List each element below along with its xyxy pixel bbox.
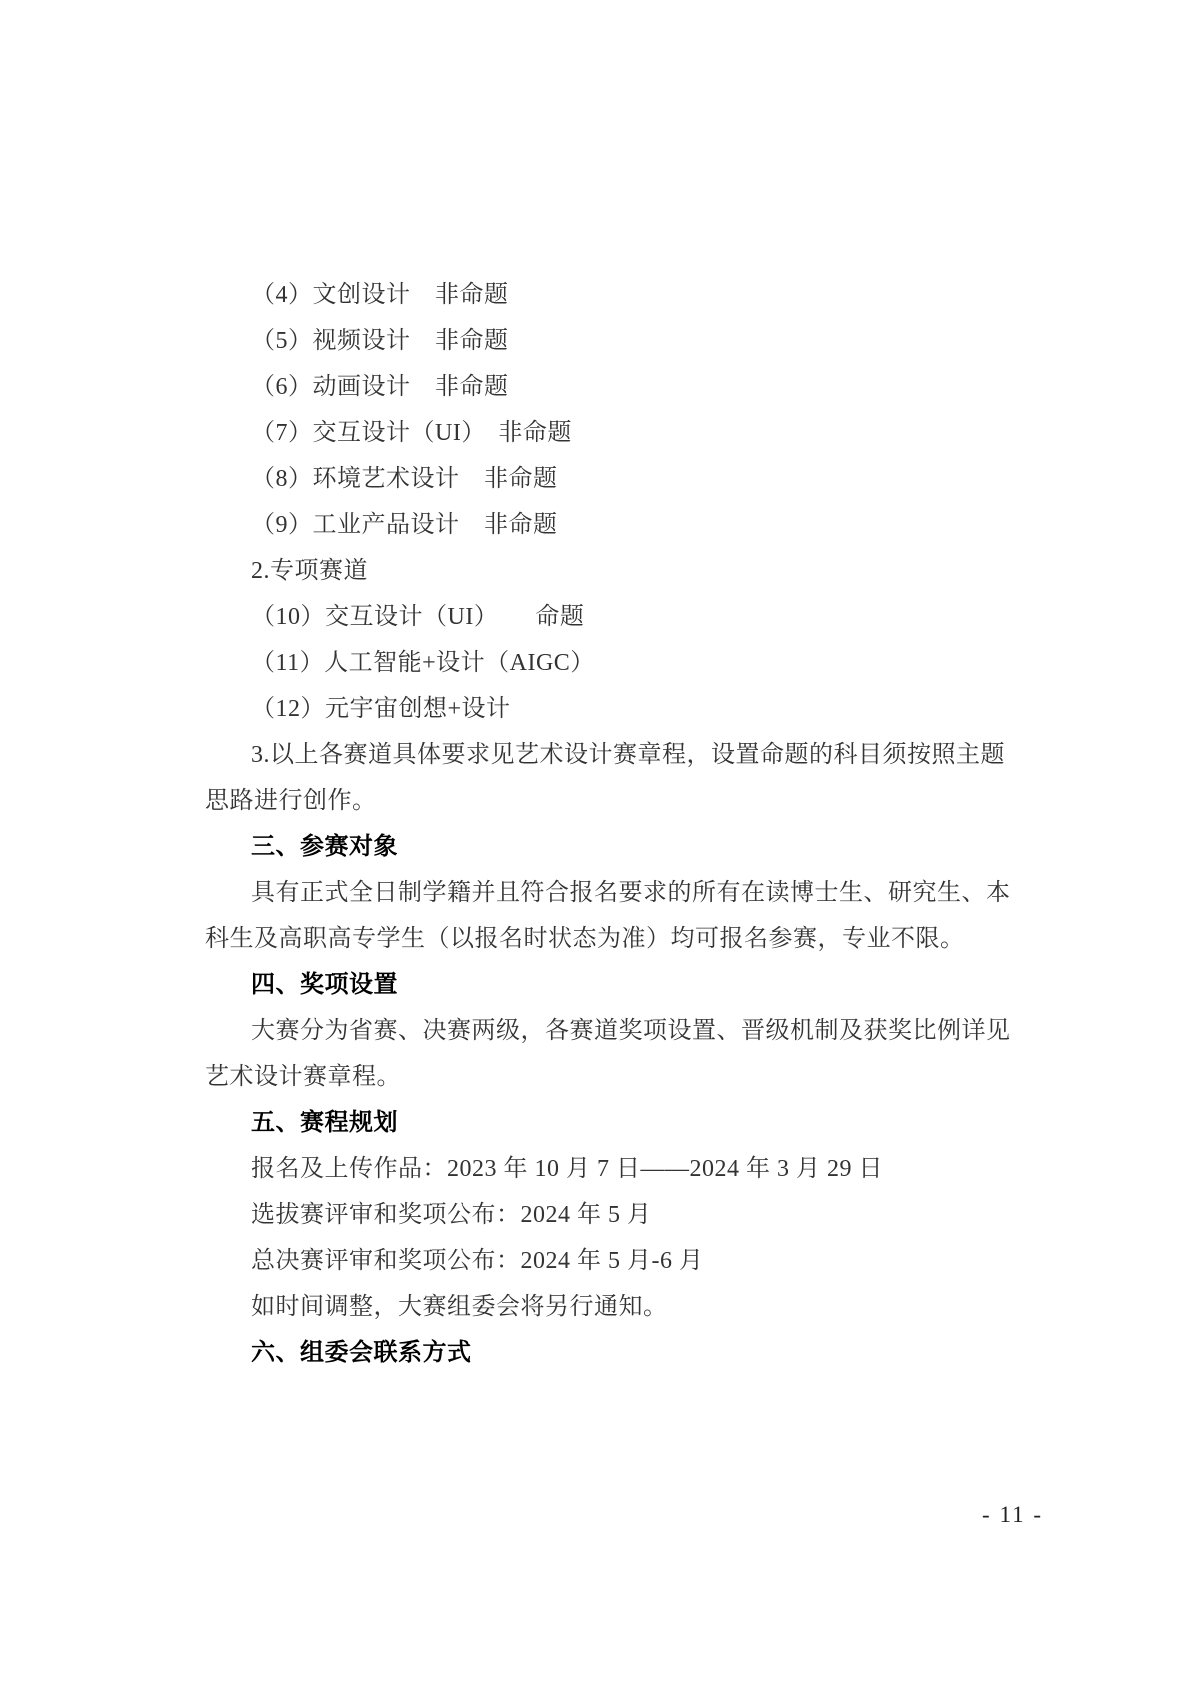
- schedule-change-notice: 如时间调整，大赛组委会将另行通知。: [205, 1284, 1005, 1330]
- page-number: - 11 -: [982, 1502, 1043, 1528]
- list-item-track-4: （4）文创设计 非命题: [205, 272, 1005, 318]
- paragraph-eligibility-1: 具有正式全日制学籍并且符合报名要求的所有在读博士生、研究生、本: [205, 870, 1005, 916]
- section-heading-6: 六、组委会联系方式: [205, 1330, 1005, 1376]
- list-item-track-11: （11）人工智能+设计（AIGC）: [205, 640, 1005, 686]
- section-heading-4: 四、奖项设置: [205, 962, 1005, 1008]
- list-item-track-10: （10）交互设计（UI） 命题: [205, 594, 1005, 640]
- schedule-selection-round: 选拔赛评审和奖项公布：2024 年 5 月: [205, 1192, 1005, 1238]
- list-item-track-5: （5）视频设计 非命题: [205, 318, 1005, 364]
- schedule-final-round: 总决赛评审和奖项公布：2024 年 5 月-6 月: [205, 1238, 1005, 1284]
- list-item-track-9: （9）工业产品设计 非命题: [205, 502, 1005, 548]
- list-item-track-7: （7）交互设计（UI） 非命题: [205, 410, 1005, 456]
- numbered-item-3-line-2: 思路进行创作。: [205, 778, 1005, 824]
- paragraph-eligibility-2: 科生及高职高专学生（以报名时状态为准）均可报名参赛，专业不限。: [205, 916, 1005, 962]
- section-heading-5: 五、赛程规划: [205, 1100, 1005, 1146]
- list-item-track-8: （8）环境艺术设计 非命题: [205, 456, 1005, 502]
- paragraph-awards-2: 艺术设计赛章程。: [205, 1054, 1005, 1100]
- list-item-track-12: （12）元宇宙创想+设计: [205, 686, 1005, 732]
- numbered-item-3-line-1: 3.以上各赛道具体要求见艺术设计赛章程，设置命题的科目须按照主题: [205, 732, 1005, 778]
- document-body: （4）文创设计 非命题 （5）视频设计 非命题 （6）动画设计 非命题 （7）交…: [205, 272, 1005, 1376]
- list-item-track-6: （6）动画设计 非命题: [205, 364, 1005, 410]
- numbered-item-2: 2.专项赛道: [205, 548, 1005, 594]
- paragraph-awards-1: 大赛分为省赛、决赛两级，各赛道奖项设置、晋级机制及获奖比例详见: [205, 1008, 1005, 1054]
- section-heading-3: 三、参赛对象: [205, 824, 1005, 870]
- document-page: （4）文创设计 非命题 （5）视频设计 非命题 （6）动画设计 非命题 （7）交…: [0, 0, 1191, 1684]
- schedule-registration: 报名及上传作品：2023 年 10 月 7 日——2024 年 3 月 29 日: [205, 1146, 1005, 1192]
